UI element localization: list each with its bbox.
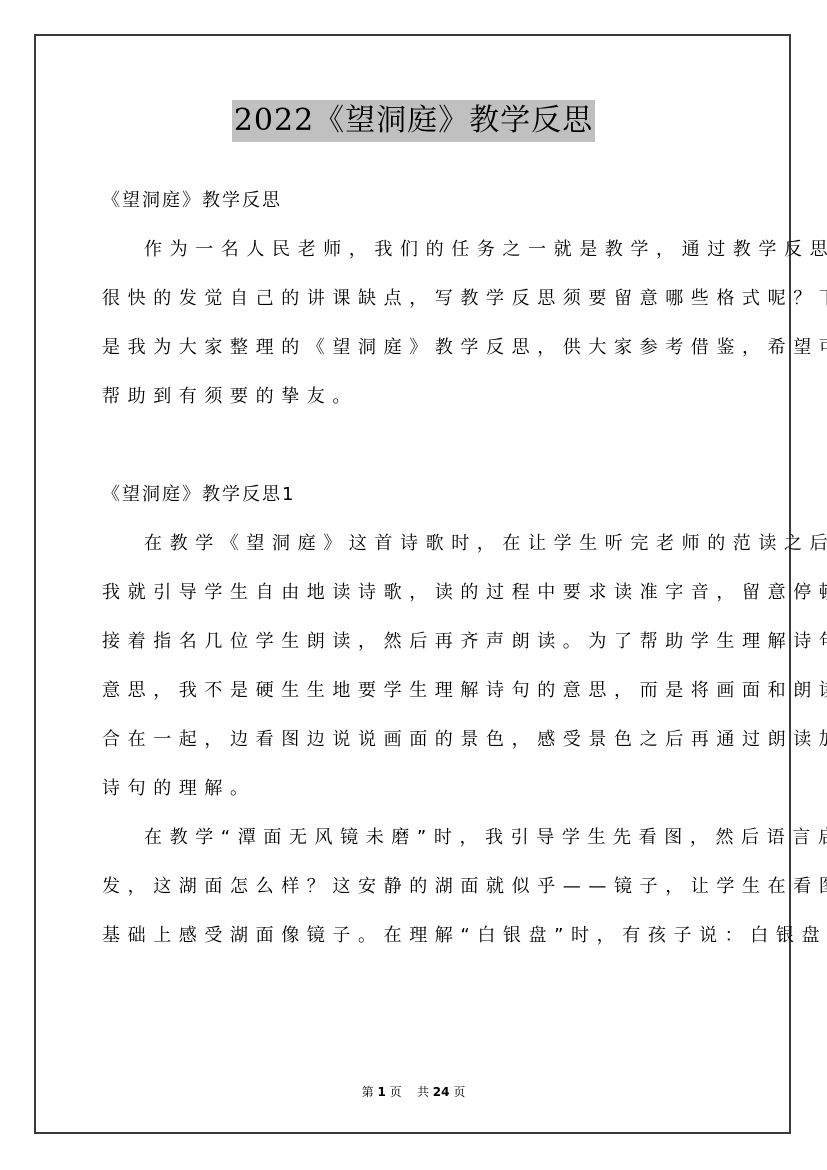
intro-line: 作为一名人民老师，我们的任务之一就是教学，通过教学反思能: [102, 225, 742, 274]
total-prefix: 共: [417, 1085, 429, 1099]
paragraph-line: 意思，我不是硬生生地要学生理解诗句的意思，而是将画面和朗读结: [102, 666, 742, 715]
total-pages: 24: [433, 1085, 450, 1099]
paragraph-line: 在教学“潭面无风镜未磨”时，我引导学生先看图，然后语言启: [102, 813, 742, 862]
paragraph-line: 基础上感受湖面像镜子。在理解“白银盘”时，有孩子说：白银盘是: [102, 911, 742, 960]
paragraph-line: 发，这湖面怎么样？这安静的湖面就似乎——镜子，让学生在看图的: [102, 862, 742, 911]
section1-heading: 《望洞庭》教学反思1: [102, 470, 742, 519]
paragraph-line: 合在一起，边看图边说说画面的景色，感受景色之后再通过朗读加深: [102, 715, 742, 764]
paragraph-line: 诗句的理解。: [102, 764, 742, 813]
spacer: [102, 421, 742, 470]
intro-line: 很快的发觉自己的讲课缺点，写教学反思须要留意哪些格式呢？下面: [102, 274, 742, 323]
paragraph-line: 接着指名几位学生朗读，然后再齐声朗读。为了帮助学生理解诗句的: [102, 617, 742, 666]
page-suffix: 页: [390, 1085, 402, 1099]
page-prefix: 第: [362, 1085, 374, 1099]
document-body: 《望洞庭》教学反思 作为一名人民老师，我们的任务之一就是教学，通过教学反思能 很…: [102, 176, 742, 960]
intro-line: 帮助到有须要的挚友。: [102, 372, 742, 421]
intro-line: 是我为大家整理的《望洞庭》教学反思，供大家参考借鉴，希望可以: [102, 323, 742, 372]
intro-heading: 《望洞庭》教学反思: [102, 176, 742, 225]
page-footer: 第 1 页 共 24 页: [0, 1083, 827, 1100]
title-container: 2022《望洞庭》教学反思: [0, 100, 827, 142]
page-number: 1: [377, 1085, 385, 1099]
total-suffix: 页: [453, 1085, 465, 1099]
paragraph-line: 我就引导学生自由地读诗歌，读的过程中要求读准字音，留意停顿。: [102, 568, 742, 617]
document-title: 2022《望洞庭》教学反思: [232, 100, 595, 142]
paragraph-line: 在教学《望洞庭》这首诗歌时，在让学生听完老师的范读之后，: [102, 519, 742, 568]
